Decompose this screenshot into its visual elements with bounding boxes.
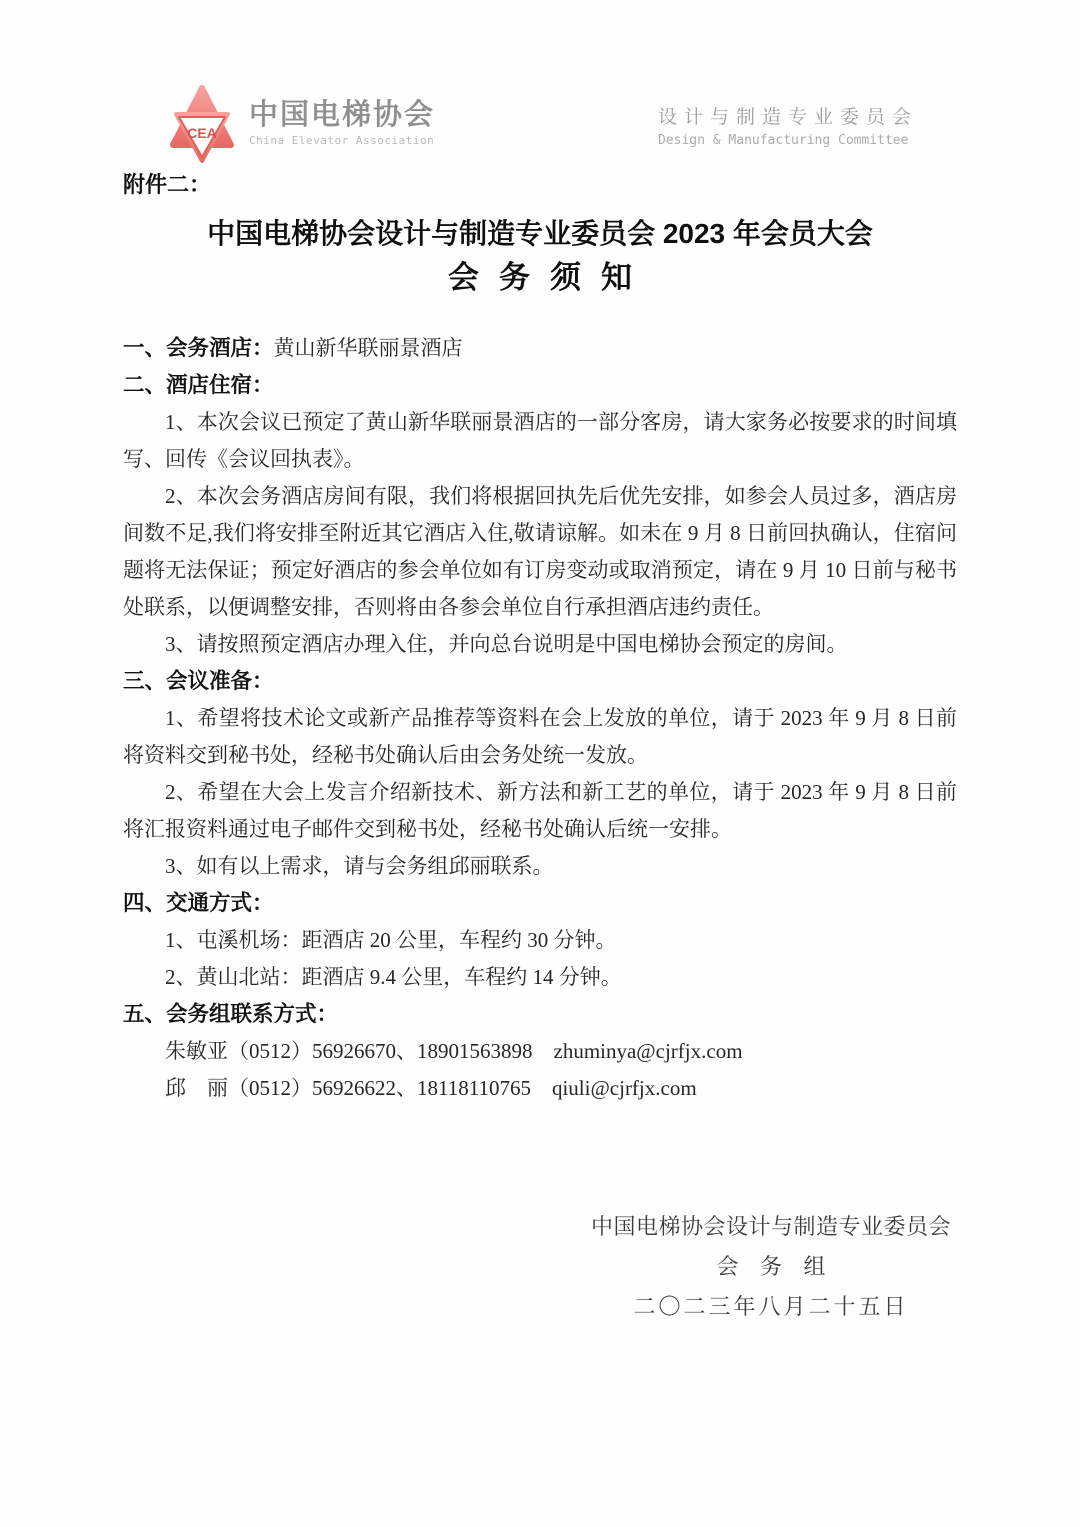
signature-group: 会 务 组: [591, 1247, 951, 1287]
cea-monogram: CEA: [187, 125, 217, 141]
signature-block: 中国电梯协会设计与制造专业委员会 会 务 组 二〇二三年八月二十五日: [591, 1207, 951, 1327]
transport-item-station: 2、黄山北站：距酒店 9.4 公里，车程约 14 分钟。: [123, 959, 957, 996]
preparation-paragraph-1: 1、希望将技术论文或新产品推荐等资料在会上发放的单位，请于 2023 年 9 月…: [123, 700, 957, 774]
contact-entry-qiuli: 邱 丽（0512）56926622、18118110765 qiuli@cjrf…: [123, 1070, 957, 1107]
section-hotel-value: 黄山新华联丽景酒店: [274, 336, 463, 360]
section-hotel-heading: 一、会务酒店：: [123, 336, 274, 360]
lodging-paragraph-3: 3、请按照预定酒店办理入住，并向总台说明是中国电梯协会预定的房间。: [123, 626, 957, 663]
section-hotel: 一、会务酒店：黄山新华联丽景酒店: [123, 330, 957, 367]
committee-name-en: Design & Manufacturing Committee: [658, 133, 918, 148]
attachment-label: 附件二：: [123, 170, 957, 200]
committee-header: 设计与制造专业委员会 Design & Manufacturing Commit…: [658, 106, 918, 148]
document-page: CEA 中国电梯协会 China Elevator Association 设计…: [0, 0, 1080, 1527]
logo-names: 中国电梯协会 China Elevator Association: [249, 99, 435, 147]
signature-date: 二〇二三年八月二十五日: [591, 1287, 951, 1327]
preparation-paragraph-3: 3、如有以上需求，请与会务组邱丽联系。: [123, 848, 957, 885]
cea-logo: CEA 中国电梯协会 China Elevator Association: [168, 84, 435, 171]
document-title: 中国电梯协会设计与制造专业委员会 2023 年会员大会: [123, 214, 957, 254]
transport-item-airport: 1、屯溪机场：距酒店 20 公里，车程约 30 分钟。: [123, 922, 957, 959]
lodging-paragraph-1: 1、本次会议已预定了黄山新华联丽景酒店的一部分客房，请大家务必按要求的时间填写、…: [123, 404, 957, 478]
preparation-paragraph-2: 2、希望在大会上发言介绍新技术、新方法和新工艺的单位，请于 2023 年 9 月…: [123, 774, 957, 848]
committee-name-cn: 设计与制造专业委员会: [658, 106, 918, 130]
cea-star-icon: CEA: [168, 84, 236, 171]
section-transport-heading: 四、交通方式：: [123, 885, 957, 922]
section-contact-heading: 五、会务组联系方式：: [123, 996, 957, 1033]
contact-entry-zhuminya: 朱敏亚（0512）56926670、18901563898 zhuminya@c…: [123, 1033, 957, 1070]
document-content: 附件二： 中国电梯协会设计与制造专业委员会 2023 年会员大会 会务须知 一、…: [123, 170, 957, 1327]
section-lodging-heading: 二、酒店住宿：: [123, 367, 957, 404]
lodging-paragraph-2: 2、本次会务酒店房间有限，我们将根据回执先后优先安排，如参会人员过多，酒店房间数…: [123, 478, 957, 626]
association-name-en: China Elevator Association: [249, 134, 435, 147]
document-header: CEA 中国电梯协会 China Elevator Association 设计…: [0, 0, 1080, 168]
document-subtitle: 会务须知: [123, 258, 957, 298]
signature-organization: 中国电梯协会设计与制造专业委员会: [591, 1207, 951, 1247]
section-preparation-heading: 三、会议准备：: [123, 663, 957, 700]
association-name-cn: 中国电梯协会: [249, 99, 435, 131]
document-body: 一、会务酒店：黄山新华联丽景酒店 二、酒店住宿： 1、本次会议已预定了黄山新华联…: [123, 330, 957, 1107]
